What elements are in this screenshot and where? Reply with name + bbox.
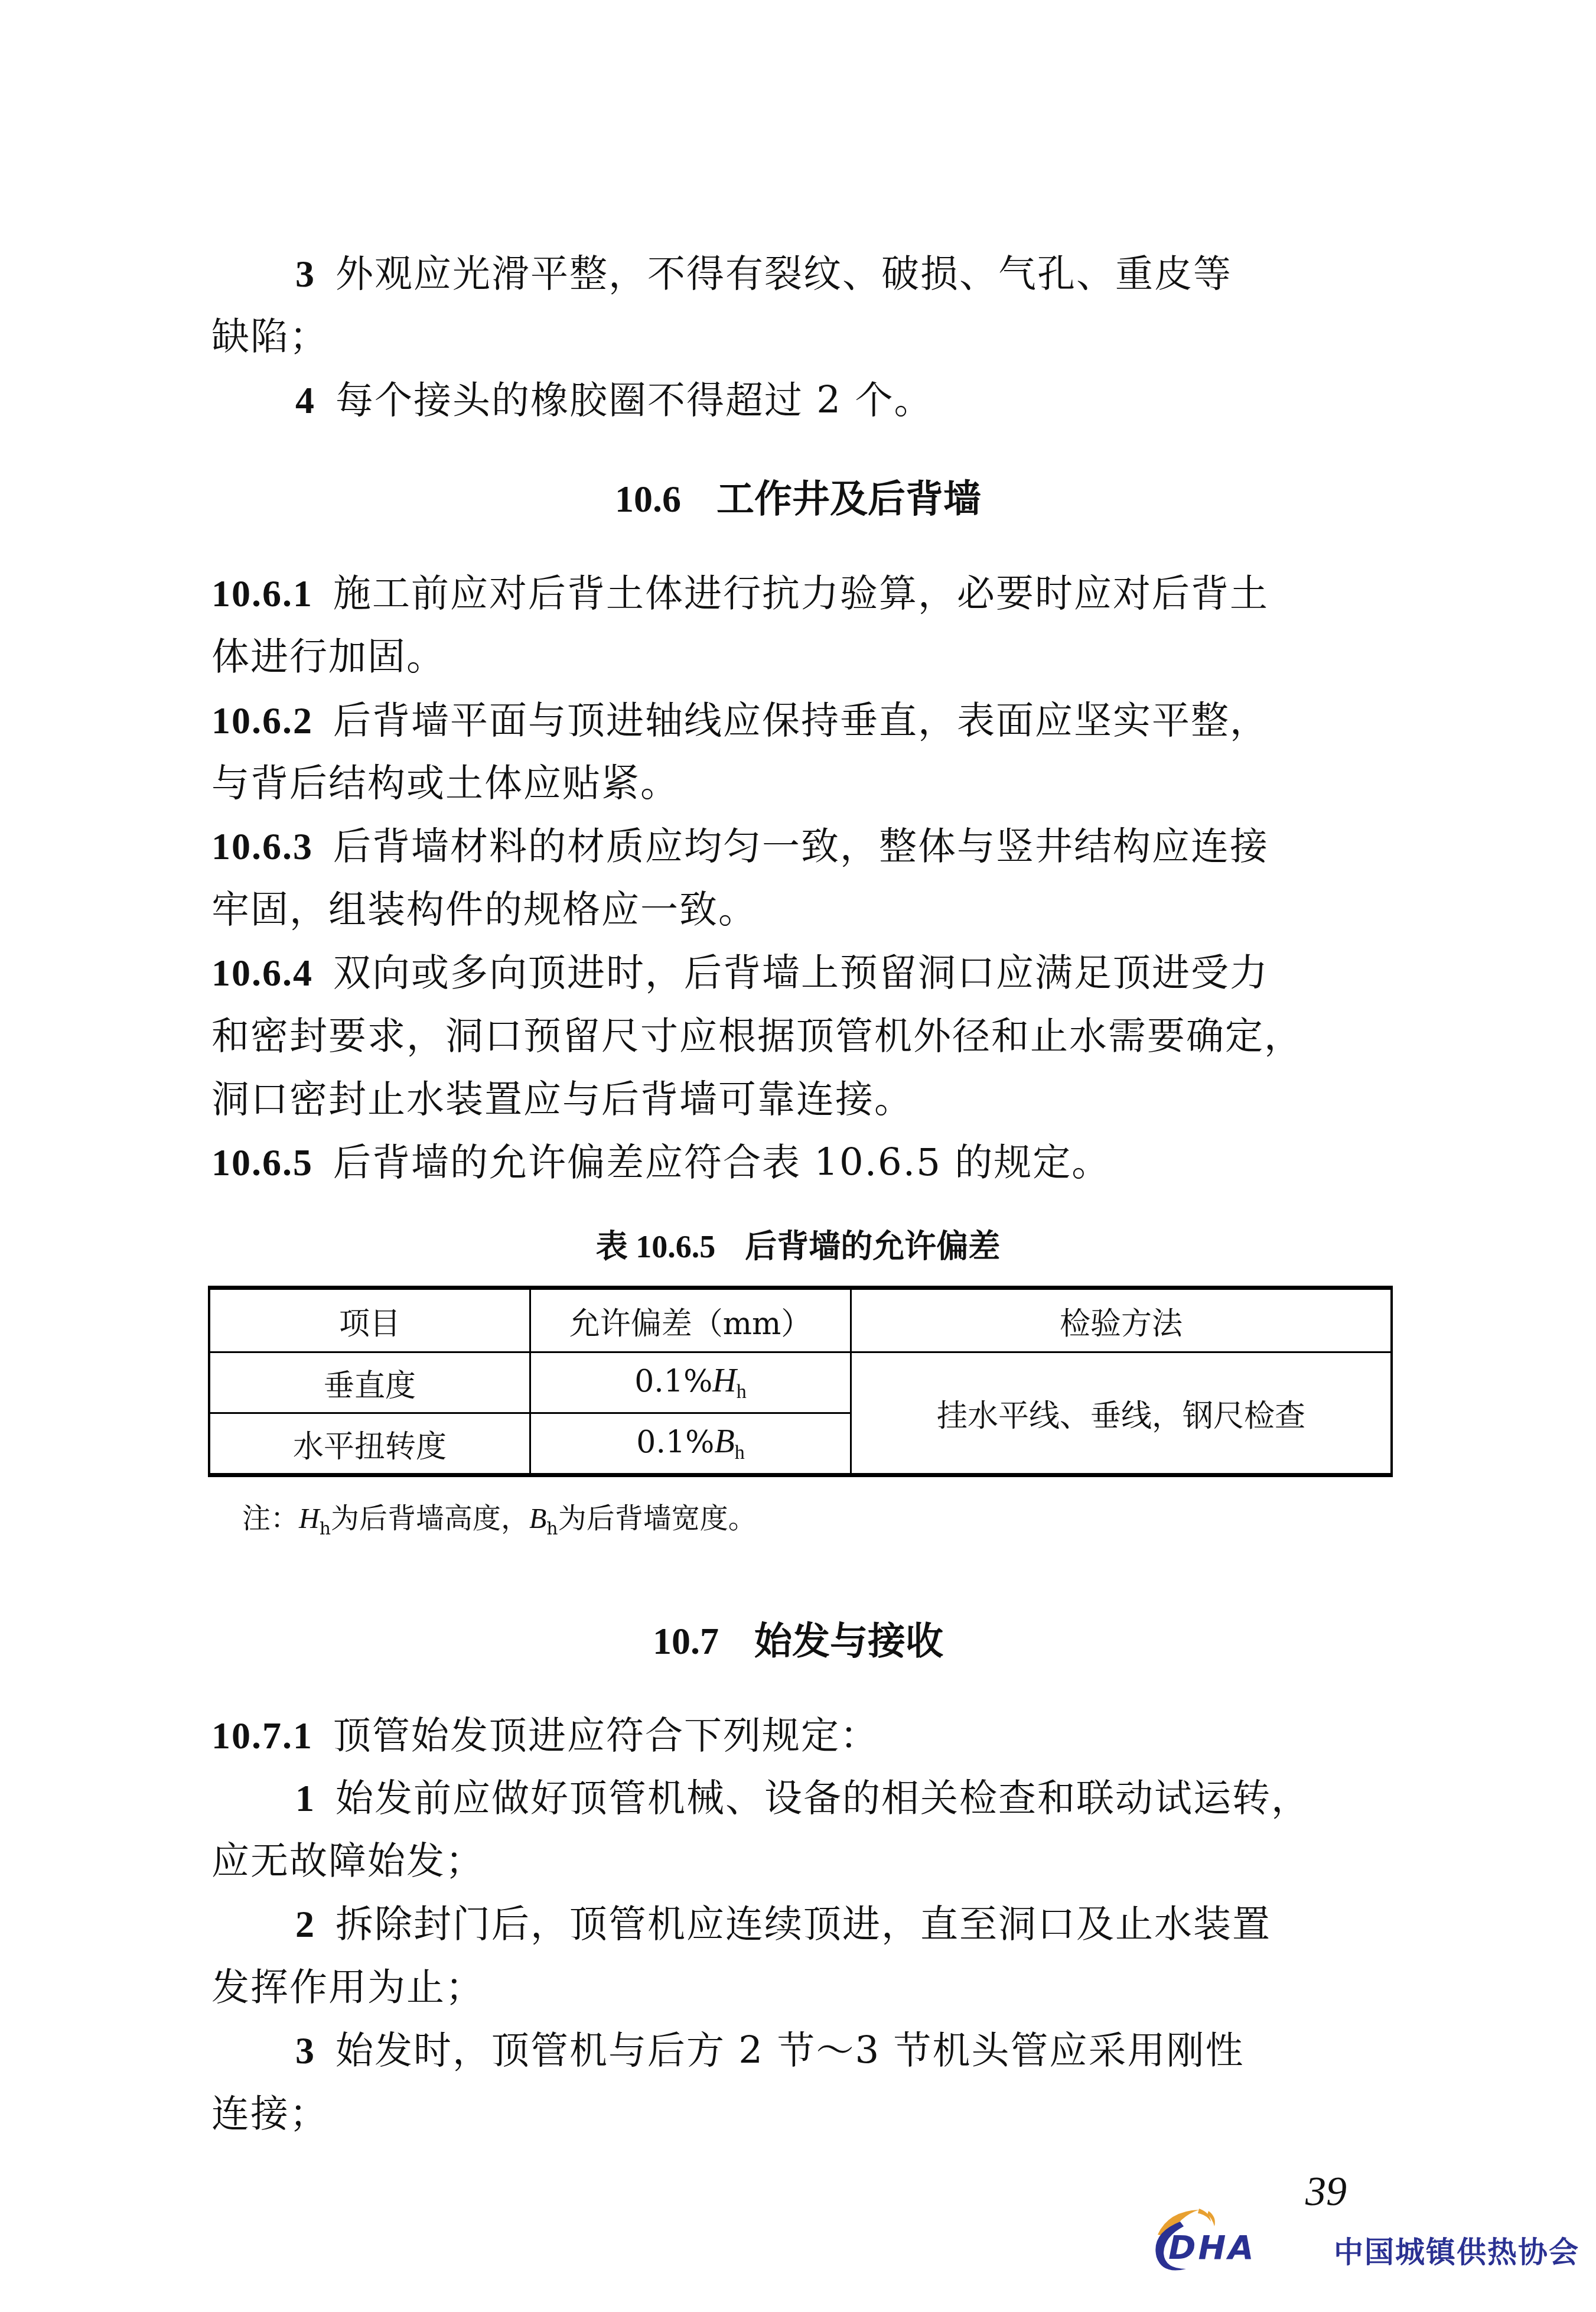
section-title: 始发与接收 <box>754 1620 943 1663</box>
header-tolerance: 允许偏差（mm） <box>530 1288 851 1352</box>
table-note: 注：Hh为后背墙高度，Bh为后背墙宽度。 <box>242 1501 757 1547</box>
note-variable: B <box>529 1503 546 1534</box>
tolerance-variable: B <box>714 1423 734 1460</box>
list-item-3-cont: 缺陷； <box>211 313 328 360</box>
clause-10-6-4: 10.6.4双向或多向顶进时，后背墙上预留洞口应满足顶进受力 <box>211 949 1269 997</box>
table-row: 垂直度 0.1%Hh 挂水平线、垂线，钢尺检查 <box>209 1352 1392 1413</box>
clause-text: 后背墙平面与顶进轴线应保持垂直，表面应坚实平整， <box>333 699 1269 743</box>
clause-10-6-2-cont: 与背后结构或土体应贴紧。 <box>211 760 679 807</box>
tolerance-variable: H <box>712 1363 736 1399</box>
header-method: 检验方法 <box>851 1288 1392 1352</box>
logo-text-en: DHA <box>1168 2229 1256 2267</box>
list-item-3b: 3始发时，顶管机与后方 2 节～3 节机头管应采用刚性 <box>295 2027 1244 2074</box>
list-item-4: 4每个接头的橡胶圈不得超过 2 个。 <box>295 377 933 424</box>
note-text: 为后背墙宽度。 <box>558 1502 757 1535</box>
clause-10-6-5: 10.6.5后背墙的允许偏差应符合表 10.6.5 的规定。 <box>211 1139 1110 1186</box>
clause-10-6-2: 10.6.2后背墙平面与顶进轴线应保持垂直，表面应坚实平整， <box>211 697 1269 744</box>
item-number: 3 <box>295 253 315 295</box>
item-number: 3 <box>295 2030 315 2072</box>
clause-10-6-1-cont: 体进行加固。 <box>211 633 445 681</box>
tolerance-value: 0.1% <box>636 1425 714 1460</box>
note-variable: H <box>299 1503 320 1534</box>
list-item-1: 1始发前应做好顶管机械、设备的相关检查和联动试运转， <box>295 1775 1310 1822</box>
item-text: 拆除封门后，顶管机应连续顶进，直至洞口及止水装置 <box>336 1903 1271 1946</box>
section-title: 工作井及后背墙 <box>716 477 981 521</box>
clause-text: 施工前应对后背土体进行抗力验算，必要时应对后背土 <box>333 572 1269 616</box>
section-heading-10-6: 10.6工作井及后背墙 <box>0 476 1596 523</box>
table-caption: 表 10.6.5后背墙的允许偏差 <box>0 1226 1596 1267</box>
list-item-3b-cont: 连接； <box>211 2090 328 2138</box>
clause-text: 双向或多向顶进时，后背墙上预留洞口应满足顶进受力 <box>333 951 1269 995</box>
header-item: 项目 <box>209 1288 530 1352</box>
item-number: 1 <box>295 1777 315 1819</box>
clause-number: 10.6.2 <box>211 700 313 742</box>
note-subscript: h <box>320 1518 331 1539</box>
tolerance-subscript: h <box>737 1381 747 1403</box>
list-item-1-cont: 应无故障始发； <box>211 1838 484 1885</box>
tolerance-value: 0.1% <box>634 1364 712 1399</box>
list-item-2: 2拆除封门后，顶管机应连续顶进，直至洞口及止水装置 <box>295 1901 1271 1948</box>
clause-10-6-3-cont: 牢固，组装构件的规格应一致。 <box>211 886 757 934</box>
note-prefix: 注： <box>242 1502 299 1535</box>
table-header-row: 项目 允许偏差（mm） 检验方法 <box>209 1288 1392 1352</box>
table-title: 后背墙的允许偏差 <box>745 1228 1000 1265</box>
cell-item: 垂直度 <box>209 1352 530 1413</box>
deviation-table: 项目 允许偏差（mm） 检验方法 垂直度 0.1%Hh 挂水平线、垂线，钢尺检查… <box>208 1286 1393 1477</box>
cell-method: 挂水平线、垂线，钢尺检查 <box>851 1352 1392 1475</box>
cell-tolerance: 0.1%Bh <box>530 1413 851 1475</box>
cell-tolerance: 0.1%Hh <box>530 1352 851 1413</box>
section-number: 10.7 <box>653 1620 719 1662</box>
list-item-3: 3外观应光滑平整，不得有裂纹、破损、气孔、重皮等 <box>295 251 1232 298</box>
item-text: 始发前应做好顶管机械、设备的相关检查和联动试运转， <box>336 1777 1310 1820</box>
item-number: 4 <box>295 379 315 421</box>
item-number: 2 <box>295 1903 315 1945</box>
clause-10-6-4-cont1: 和密封要求，洞口预留尺寸应根据顶管机外径和止水需要确定， <box>211 1013 1303 1060</box>
clause-text: 顶管始发顶进应符合下列规定： <box>333 1714 879 1758</box>
clause-10-6-4-cont2: 洞口密封止水装置应与后背墙可靠连接。 <box>211 1076 913 1123</box>
clause-number: 10.7.1 <box>211 1715 313 1757</box>
tolerance-subscript: h <box>735 1442 745 1464</box>
clause-10-7-1: 10.7.1顶管始发顶进应符合下列规定： <box>211 1712 879 1760</box>
clause-10-6-1: 10.6.1施工前应对后背土体进行抗力验算，必要时应对后背土 <box>211 570 1269 617</box>
note-text: 为后背墙高度， <box>331 1502 529 1535</box>
section-heading-10-7: 10.7始发与接收 <box>0 1618 1596 1665</box>
clause-text: 后背墙材料的材质应均匀一致，整体与竖井结构应连接 <box>333 825 1269 869</box>
logo-text-cn: 中国城镇供热协会 <box>1334 2229 1579 2271</box>
note-subscript: h <box>546 1518 558 1539</box>
clause-number: 10.6.4 <box>211 952 313 994</box>
list-item-2-cont: 发挥作用为止； <box>211 1964 484 2011</box>
clause-number: 10.6.1 <box>211 573 313 614</box>
section-number: 10.6 <box>615 478 681 520</box>
clause-number: 10.6.3 <box>211 825 313 867</box>
clause-10-6-3: 10.6.3后背墙材料的材质应均匀一致，整体与竖井结构应连接 <box>211 823 1269 870</box>
clause-text: 后背墙的允许偏差应符合表 10.6.5 的规定。 <box>333 1141 1110 1185</box>
item-text: 每个接头的橡胶圈不得超过 2 个。 <box>336 379 933 422</box>
association-logo: DHA 中国城镇供热协会 <box>1145 2198 1594 2275</box>
clause-number: 10.6.5 <box>211 1142 313 1183</box>
item-text: 始发时，顶管机与后方 2 节～3 节机头管应采用刚性 <box>336 2029 1244 2073</box>
table-number: 表 10.6.5 <box>596 1229 716 1264</box>
cell-item: 水平扭转度 <box>209 1413 530 1475</box>
item-text: 外观应光滑平整，不得有裂纹、破损、气孔、重皮等 <box>336 252 1232 296</box>
